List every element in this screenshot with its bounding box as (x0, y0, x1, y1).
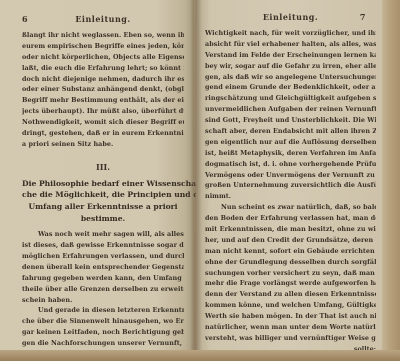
text-line: ringschätzung und Gleichgültigkeit aufge… (205, 93, 376, 104)
text-line: man nicht kennt, sofort ein Gebäude erri… (205, 246, 376, 257)
right-paragraph-bottom: Nun scheint es zwar natürlich, daß, so b… (205, 202, 376, 344)
text-line: doch nicht diejenige nehmen, dadurch ihr… (22, 74, 184, 85)
text-line: mit Erkenntnissen, die man besitzt, ohne… (205, 224, 376, 235)
text-line: laßt, die euch die Erfahrung lehrt; so k… (22, 63, 184, 74)
text-line: ßlangt ihr nicht weglassen. Eben so, wen… (22, 30, 184, 41)
text-line: oder einer Substanz anhängend denkt, (ob… (22, 84, 184, 95)
left-paragraph-top: ßlangt ihr nicht weglassen. Eben so, wen… (22, 30, 184, 150)
section-number: III. (22, 160, 184, 174)
text-line: jects überhaupt). Ihr müßt also, überfüh… (22, 106, 184, 117)
right-page-number: 7 (360, 12, 366, 22)
text-line: Nothwendigkeit, womit sich dieser Begrif… (22, 117, 184, 128)
text-line: schaft aber, deren Endabsicht mit allen … (205, 126, 376, 137)
bottom-edge (0, 350, 400, 361)
right-paragraph-top: Wichtigkeit nach, für weit vorzüglicher,… (205, 28, 376, 202)
left-paragraph-bottom: Was noch weit mehr sagen will, als alles… (22, 229, 184, 349)
text-line: Begriff mehr Bestimmung enthält, als der… (22, 95, 184, 106)
text-line: theile über alle Grenzen derselben zu er… (22, 284, 184, 295)
text-line: natürlicher, wenn man unter dem Worte na… (205, 322, 376, 333)
text-line: Vermögens oder Unvermögens der Vernunft … (205, 170, 376, 181)
text-line: ist, heißt Metaphysik, deren Verfahren i… (205, 148, 376, 159)
text-line: gar keinen Leitfaden, noch Berichtigung … (22, 327, 184, 338)
page-edges (382, 0, 400, 361)
text-line: gend einem Grunde der Bedenklichkeit, od… (205, 82, 376, 93)
left-page-header: 6 Einleitung. (22, 14, 184, 26)
text-line: fahrung gegeben werden kann, den Umfang … (22, 273, 184, 284)
text-line: oder nicht körperlichen, Objects alle Ei… (22, 52, 184, 63)
text-line: unvermeidlichen Aufgaben der reinen Vern… (205, 104, 376, 115)
text-line: Werth sie haben mögen. In der That ist a… (205, 311, 376, 322)
text-line: gen die Nachforschungen unserer Vernunft… (22, 338, 184, 349)
heading-line: bestimme. (22, 213, 184, 225)
text-line: Was noch weit mehr sagen will, als alles… (22, 229, 184, 240)
text-line: Nun scheint es zwar natürlich, daß, so b… (205, 202, 376, 213)
text-line: nimmt. (205, 191, 376, 202)
text-line: Wichtigkeit nach, für weit vorzüglicher,… (205, 28, 376, 39)
text-line: che über die Sinnenwelt hinausgehen, wo … (22, 316, 184, 327)
text-line: denen überall kein entsprechender Gegens… (22, 262, 184, 273)
text-line: absicht für viel erhabener halten, als a… (205, 39, 376, 50)
left-page: 6 Einleitung. ßlangt ihr nicht weglassen… (0, 0, 194, 352)
heading-line: che die Möglichkeit, die Principien und … (22, 189, 184, 201)
text-line: a priori seinen Sitz habe. (22, 139, 184, 150)
text-line: kommen könne, und welchen Umfang, Gültig… (205, 300, 376, 311)
right-page-header: Einleitung. 7 (205, 12, 376, 24)
text-line: großen Unternehmung zuversichtlich die A… (205, 180, 376, 191)
text-line: gen eigentlich nur auf die Auflösung der… (205, 137, 376, 148)
text-line: den Boden der Erfahrung verlassen hat, m… (205, 213, 376, 224)
open-book: 6 Einleitung. ßlangt ihr nicht weglassen… (0, 0, 400, 361)
right-page: Einleitung. 7 Wichtigkeit nach, für weit… (196, 0, 382, 356)
text-line: ist dieses, daß gewisse Erkenntnisse sog… (22, 240, 184, 251)
text-line: denn der Verstand zu allen diesen Erkenn… (205, 289, 376, 300)
text-line: möglichen Erfahrungen verlassen, und dur… (22, 251, 184, 262)
text-line: versteht, was billiger und vernünftiger … (205, 333, 376, 344)
text-line: schein haben. (22, 295, 184, 306)
section-heading: Die Philosophie bedarf einer Wissenschaf… (22, 178, 184, 224)
text-line: sind Gott, Freyheit und Unsterblichkeit.… (205, 115, 376, 126)
book-gutter (190, 0, 202, 356)
text-line: gen, als daß wir so angelegene Untersuch… (205, 72, 376, 83)
heading-line: Umfang aller Erkenntnisse a priori (22, 201, 184, 213)
text-line: suchungen vorher versichert zu seyn, daß… (205, 268, 376, 279)
text-line: bey wir, sogar auf die Gefahr zu irren, … (205, 61, 376, 72)
heading-line: Die Philosophie bedarf einer Wissenschaf… (22, 178, 184, 190)
right-running-head: Einleitung. (263, 12, 318, 22)
text-line: dringt, gestehen, daß er in eurem Erkenn… (22, 128, 184, 139)
text-line: mehr die Frage vorlängst werde aufgeworf… (205, 278, 376, 289)
text-line: ohne der Grundlegung desselben durch sor… (205, 257, 376, 268)
left-page-number: 6 (22, 14, 28, 24)
text-line: Verstand im Felde der Erscheinungen lern… (205, 50, 376, 61)
left-running-head: Einleitung. (75, 14, 130, 24)
text-line: Und gerade in diesen letzteren Erkenntni… (22, 305, 184, 316)
text-line: her, und auf den Credit der Grundsätze, … (205, 235, 376, 246)
text-line: dogmatisch ist, d. i. ohne vorhergehende… (205, 159, 376, 170)
text-line: eurem empirischen Begriffe eines jeden, … (22, 41, 184, 52)
